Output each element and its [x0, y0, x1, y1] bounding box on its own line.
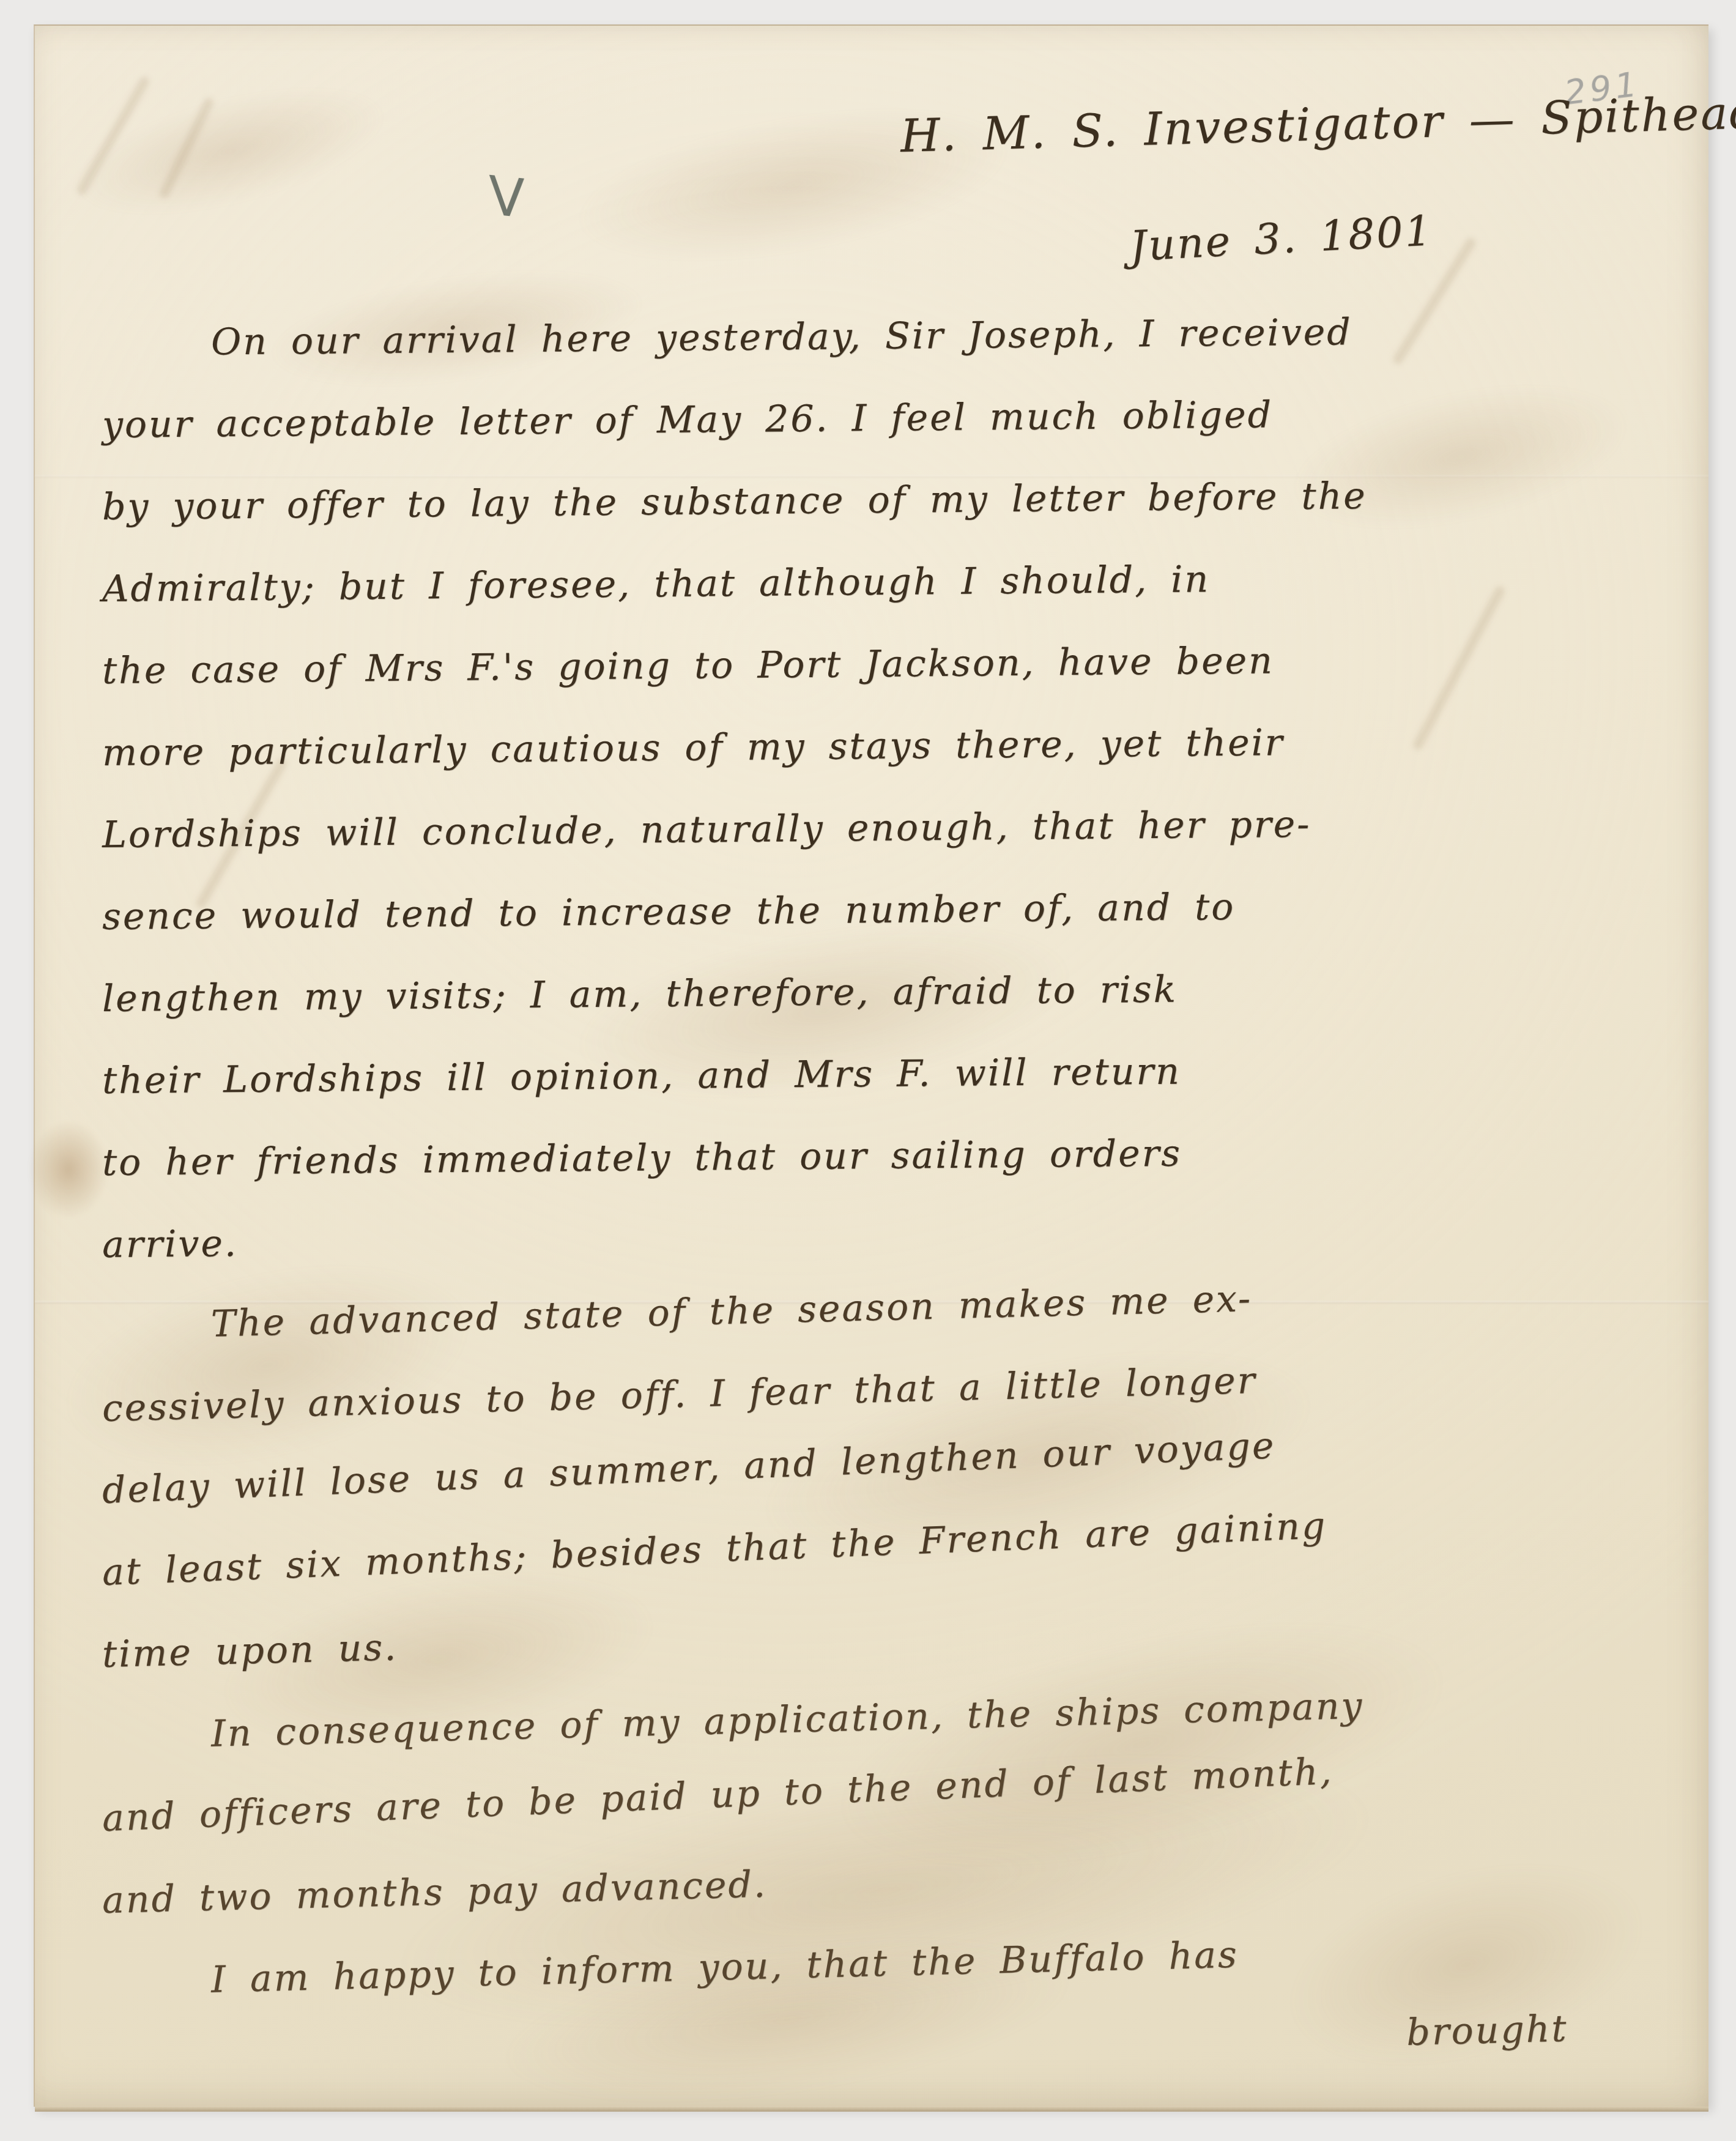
letter-line: to her friends immediately that our sail… — [102, 1108, 1647, 1204]
letter-line: more particularly cautious of my stays t… — [102, 699, 1647, 794]
letter-line: On our arrival here yesterday, Sir Josep… — [102, 289, 1647, 384]
letter-line: your acceptable letter of May 26. I feel… — [102, 371, 1647, 466]
letter-line: the case of Mrs F.'s going to Port Jacks… — [102, 617, 1647, 712]
letter-line: by your offer to lay the substance of my… — [102, 453, 1647, 548]
letter-heading-date: June 3. 1801 — [1129, 207, 1434, 271]
ink-stain — [29, 1121, 108, 1219]
letter-line: sence would tend to increase the number … — [102, 863, 1647, 958]
letter-line: lengthen my visits; I am, therefore, afr… — [102, 944, 1647, 1040]
letter-line: Admiralty; but I foresee, that although … — [102, 535, 1647, 630]
letter-line: Lordships will conclude, naturally enoug… — [102, 781, 1647, 876]
bleedthrough-smudge — [64, 62, 398, 240]
scan-backdrop: { "document": { "kind": "handwritten let… — [0, 0, 1736, 2141]
letter-page: 291 V H. M. S. Investigator — Spithead J… — [34, 24, 1708, 2107]
letter-heading-place: H. M. S. Investigator — Spithead — [900, 86, 1736, 163]
letter-body: On our arrival here yesterday, Sir Josep… — [102, 302, 1647, 2106]
pencil-checkmark: V — [489, 166, 525, 231]
letter-line: their Lordships ill opinion, and Mrs F. … — [102, 1026, 1647, 1122]
